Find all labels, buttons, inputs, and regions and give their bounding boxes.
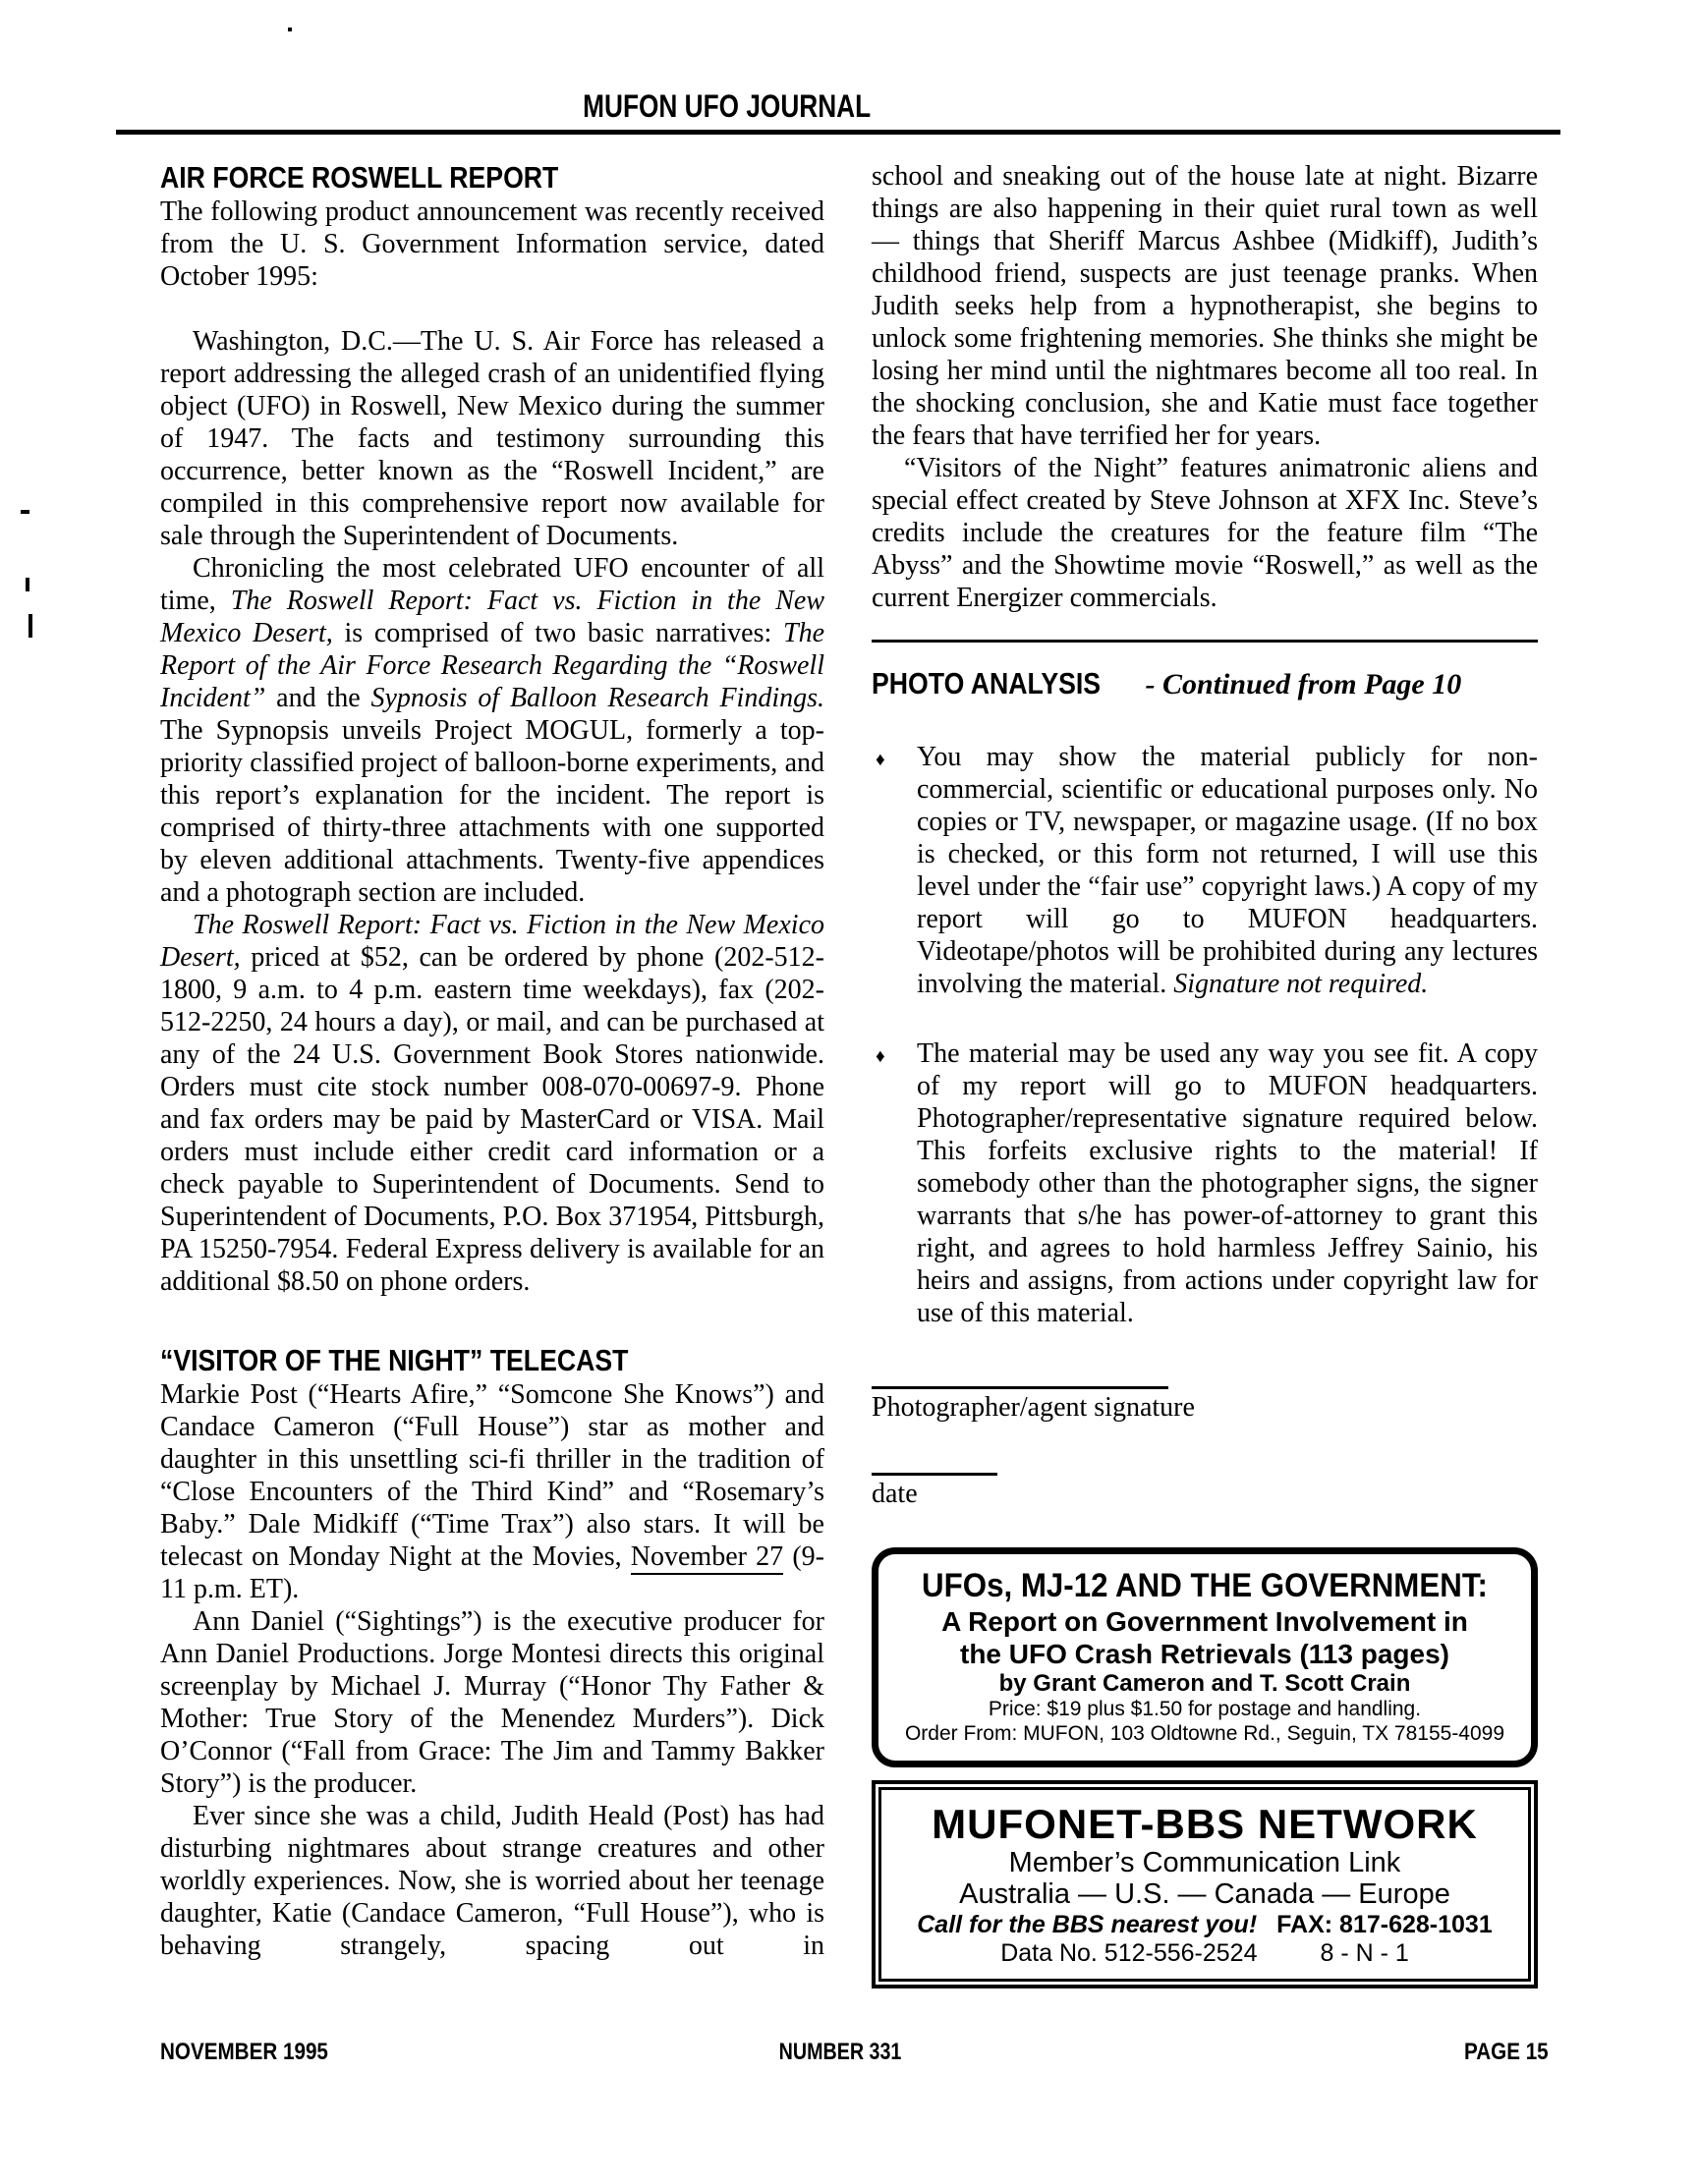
date-line [872,1473,997,1476]
footer-issue-number: NUMBER 331 [118,2040,1562,2065]
ad-bbs-call-text: Call for the BBS nearest you! [917,1911,1257,1938]
ad-bbs-regions: Australia — U.S. — Canada — Europe [887,1878,1522,1910]
article1-washington-paragraph: Washington, D.C.—The U. S. Air Force has… [160,325,824,552]
visitors-night-paragraph: “Visitors of the Night” features animatr… [872,452,1538,614]
ad-bbs-data-line: Data No. 512-556-25248 - N - 1 [887,1939,1522,1967]
ad-bbs-data-number: Data No. 512-556-2524 [1000,1939,1257,1967]
bullet-1-text: You may show the material publicly for n… [917,741,1538,1000]
photo-analysis-heading: PHOTO ANALYSIS - Continued from Page 10 [872,665,1538,703]
photo-analysis-bullet-1: ♦ You may show the material publicly for… [872,741,1538,1000]
scan-artifact [21,510,29,514]
left-column: AIR FORCE ROSWELL REPORT The following p… [160,160,824,1962]
article1-heading: AIR FORCE ROSWELL REPORT [160,160,824,196]
scan-artifact [288,28,292,31]
article1-chronicling-paragraph: Chronicling the most celebrated UFO enco… [160,552,824,909]
article2-heading: “VISITOR OF THE NIGHT” TELECAST [160,1343,824,1378]
article2-producers-paragraph: Ann Daniel (“Sightings”) is the executiv… [160,1605,824,1800]
ad-bbs-parity: 8 - N - 1 [1321,1939,1409,1967]
bullet-icon: ♦ [876,1040,885,1073]
article1-intro-paragraph: The following product announcement was r… [160,196,824,293]
footer-page-number: PAGE 15 [1464,2040,1562,2065]
article1-ordering-paragraph: The Roswell Report: Fact vs. Fiction in … [160,909,824,1298]
ad-mj12-title: UFOs, MJ-12 AND THE GOVERNMENT: [884,1566,1525,1605]
ad-mj12-authors: by Grant Cameron and T. Scott Crain [884,1670,1525,1698]
ad-mj12-subtitle-line2: the UFO Crash Retrievals (113 pages) [884,1638,1525,1670]
ad-bbs-title: MUFONET-BBS NETWORK [887,1802,1522,1847]
scan-artifact [26,578,29,591]
telecast-continuation-paragraph: school and sneaking out of the house lat… [872,160,1538,452]
ad-mj12-subtitle-line1: A Report on Government Involvement in [884,1605,1525,1638]
photo-analysis-continued-label: Continued from Page 10 [1162,668,1461,700]
photo-analysis-separator: - [1138,668,1162,700]
ad-bbs-fax: FAX: 817-628-1031 [1276,1911,1493,1938]
bullet-2-text: The material may be used any way you see… [917,1037,1538,1329]
journal-masthead: MUFON UFO JOURNAL [0,90,1454,122]
ad-mj12-government-box: UFOs, MJ-12 AND THE GOVERNMENT: A Report… [872,1547,1538,1767]
header-rule [116,130,1560,135]
journal-title-text: MUFON UFO JOURNAL [584,90,872,122]
photographer-signature-line [872,1386,1168,1389]
photo-analysis-bullet-2: ♦ The material may be used any way you s… [872,1037,1538,1329]
article2-judith-paragraph: Ever since she was a child, Judith Heald… [160,1800,824,1962]
ad-mj12-order-address: Order From: MUFON, 103 Oldtowne Rd., Seg… [884,1721,1525,1747]
right-column: school and sneaking out of the house lat… [872,160,1538,1988]
ad-mj12-price: Price: $19 plus $1.50 for postage and ha… [884,1698,1525,1721]
scan-artifact [28,614,32,638]
photographer-signature-label: Photographer/agent signature [872,1391,1538,1424]
journal-page: MUFON UFO JOURNAL AIR FORCE ROSWELL REPO… [0,0,1698,2184]
ad-bbs-tagline: Member’s Communication Link [887,1847,1522,1878]
telecast-date-underlined: November 27 [631,1541,783,1575]
ad-mufonet-bbs-inner: MUFONET-BBS NETWORK Member’s Communicati… [878,1787,1531,1982]
bullet-icon: ♦ [876,744,885,776]
section-divider-rule [872,640,1538,643]
date-label: date [872,1478,1538,1510]
article2-cast-paragraph: Markie Post (“Hearts Afire,” “Somcone Sh… [160,1378,824,1605]
ad-mufonet-bbs-box: MUFONET-BBS NETWORK Member’s Communicati… [872,1780,1538,1988]
ad-bbs-contact-line: Call for the BBS nearest you!FAX: 817-62… [887,1910,1522,1939]
